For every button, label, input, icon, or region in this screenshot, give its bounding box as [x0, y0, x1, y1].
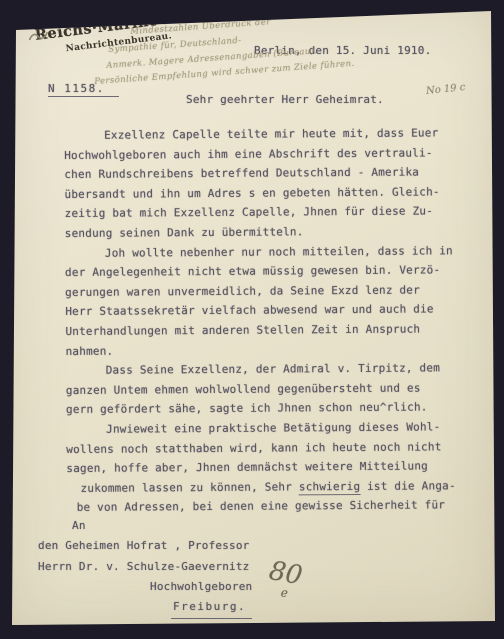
- body-line: be von Adressen, bei denen eine gewisse …: [77, 495, 477, 517]
- body-line: Dass Seine Exzellenz, der Admiral v. Tir…: [66, 358, 476, 380]
- salutation: Sehr geehrter Herr Geheimrat.: [186, 93, 384, 106]
- address-line: den Geheimen Hofrat , Professor: [38, 536, 252, 556]
- body-line: gern gefördert sähe, sagte ich Jhnen sch…: [66, 397, 476, 419]
- body-line: Unterhandlungen mit anderen Stellen Zeit…: [65, 319, 475, 341]
- address-block: An den Geheimen Hofrat , Professor Herrn…: [38, 516, 252, 619]
- address-line: Herrn Dr. v. Schulze-Gaevernitz: [38, 557, 252, 577]
- underlined-word: schwierig: [299, 480, 361, 495]
- body-line: chen Rundschreibens betreffend Deutschla…: [64, 162, 474, 184]
- body-line: zeitig bat mich Exzellenz Capelle, Jhnen…: [65, 202, 475, 224]
- body-line-segment: zukommen lassen zu können, Sehr: [80, 480, 298, 495]
- body-line: zukommen lassen zu können, Sehr schwieri…: [80, 476, 476, 498]
- body-line: der Angelegenheit nicht etwa müssig gewe…: [65, 260, 475, 282]
- address-line: Hochwohlgeboren: [150, 577, 252, 597]
- body-line: Exzellenz Capelle teilte mir heute mit, …: [64, 123, 474, 145]
- address-line: Freiburg.: [38, 597, 252, 619]
- pencil-number-mark: 80 e: [267, 556, 305, 591]
- pencil-letter: e: [280, 585, 288, 599]
- scanned-letter-page: Reichs·Marine·Amt Nachrichtenbureau. N 1…: [0, 0, 504, 639]
- address-city: Freiburg.: [171, 597, 252, 619]
- body-line: sagen, hoffe aber, Jhnen demnächst weite…: [66, 456, 476, 478]
- address-line: An: [72, 516, 252, 536]
- body-line: Jnwieweit eine praktische Betätigung die…: [66, 417, 476, 439]
- letter-body: Exzellenz Capelle teilte mir heute mit, …: [64, 123, 477, 518]
- paper-sheet: Reichs·Marine·Amt Nachrichtenbureau. N 1…: [0, 0, 504, 639]
- body-line-segment: ist die Anga-: [360, 479, 456, 493]
